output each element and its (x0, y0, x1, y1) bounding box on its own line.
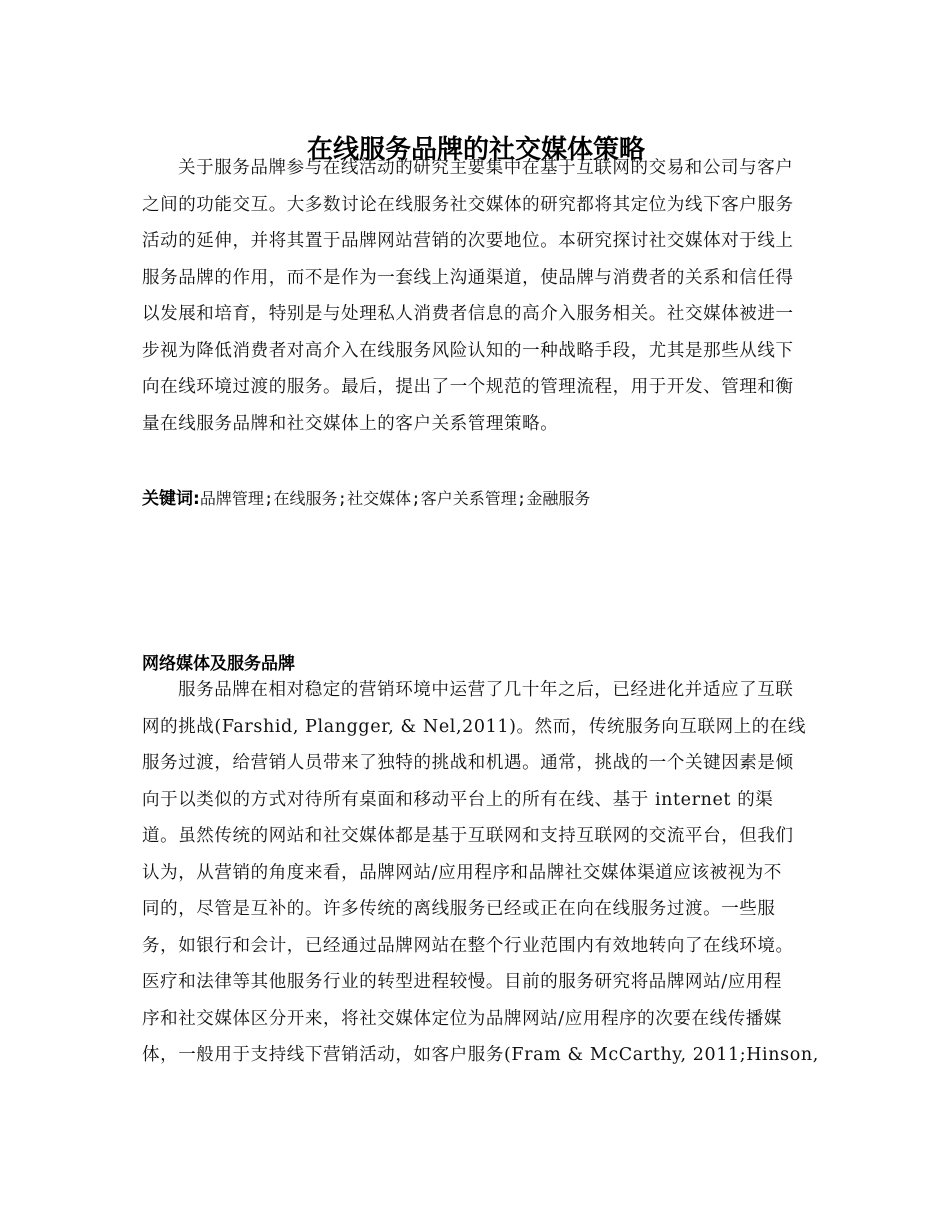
keywords-row: 关键词:品牌管理;在线服务;社交媒体;客户关系管理;金融服务 (142, 485, 590, 513)
body-line: 网的挑战(Farshid, Plangger, & Nel,2011)。然而，传… (142, 709, 822, 746)
abstract-line: 步视为降低消费者对高介入在线服务风险认知的一种战略手段，尤其是那些从线下 (142, 333, 822, 370)
abstract-paragraph: 关于服务品牌参与在线活动的研究主要集中在基于互联网的交易和公司与客户 之间的功能… (142, 150, 822, 442)
abstract-line: 以发展和培育，特别是与处理私人消费者信息的高介入服务相关。社交媒体被进一 (142, 296, 822, 333)
body-line: 序和社交媒体区分开来，将社交媒体定位为品牌网站/应用程序的次要在线传播媒 (142, 1001, 822, 1038)
abstract-line: 之间的功能交互。大多数讨论在线服务社交媒体的研究都将其定位为线下客户服务 (142, 187, 822, 224)
body-line: 同的，尽管是互补的。许多传统的离线服务已经或正在向在线服务过渡。一些服 (142, 891, 822, 928)
abstract-line: 关于服务品牌参与在线活动的研究主要集中在基于互联网的交易和公司与客户 (142, 150, 822, 187)
body-line: 服务品牌在相对稳定的营销环境中运营了几十年之后，已经进化并适应了互联 (142, 672, 822, 709)
body-line: 认为，从营销的角度来看，品牌网站/应用程序和品牌社交媒体渠道应该被视为不 (142, 855, 822, 892)
body-line: 道。虽然传统的网站和社交媒体都是基于互联网和支持互联网的交流平台，但我们 (142, 818, 822, 855)
abstract-line: 活动的延伸，并将其置于品牌网站营销的次要地位。本研究探讨社交媒体对于线上 (142, 223, 822, 260)
body-line: 医疗和法律等其他服务行业的转型进程较慢。目前的服务研究将品牌网站/应用程 (142, 964, 822, 1001)
keywords-label: 关键词: (142, 489, 200, 509)
document-page: 在线服务品牌的社交媒体策略 关于服务品牌参与在线活动的研究主要集中在基于互联网的… (0, 0, 952, 1232)
body-line: 体，一般用于支持线下营销活动，如客户服务(Fram & McCarthy, 20… (142, 1037, 822, 1074)
abstract-line: 服务品牌的作用，而不是作为一套线上沟通渠道，使品牌与消费者的关系和信任得 (142, 260, 822, 297)
body-line: 务，如银行和会计，已经通过品牌网站在整个行业范围内有效地转向了在线环境。 (142, 928, 822, 965)
keywords-values: 品牌管理;在线服务;社交媒体;客户关系管理;金融服务 (200, 489, 591, 508)
body-line: 向于以类似的方式对待所有桌面和移动平台上的所有在线、基于 internet 的渠 (142, 782, 822, 819)
body-line: 服务过渡，给营销人员带来了独特的挑战和机遇。通常，挑战的一个关键因素是倾 (142, 745, 822, 782)
abstract-line: 量在线服务品牌和社交媒体上的客户关系管理策略。 (142, 406, 822, 443)
section-paragraph: 服务品牌在相对稳定的营销环境中运营了几十年之后，已经进化并适应了互联 网的挑战(… (142, 672, 822, 1074)
abstract-line: 向在线环境过渡的服务。最后，提出了一个规范的管理流程，用于开发、管理和衡 (142, 369, 822, 406)
